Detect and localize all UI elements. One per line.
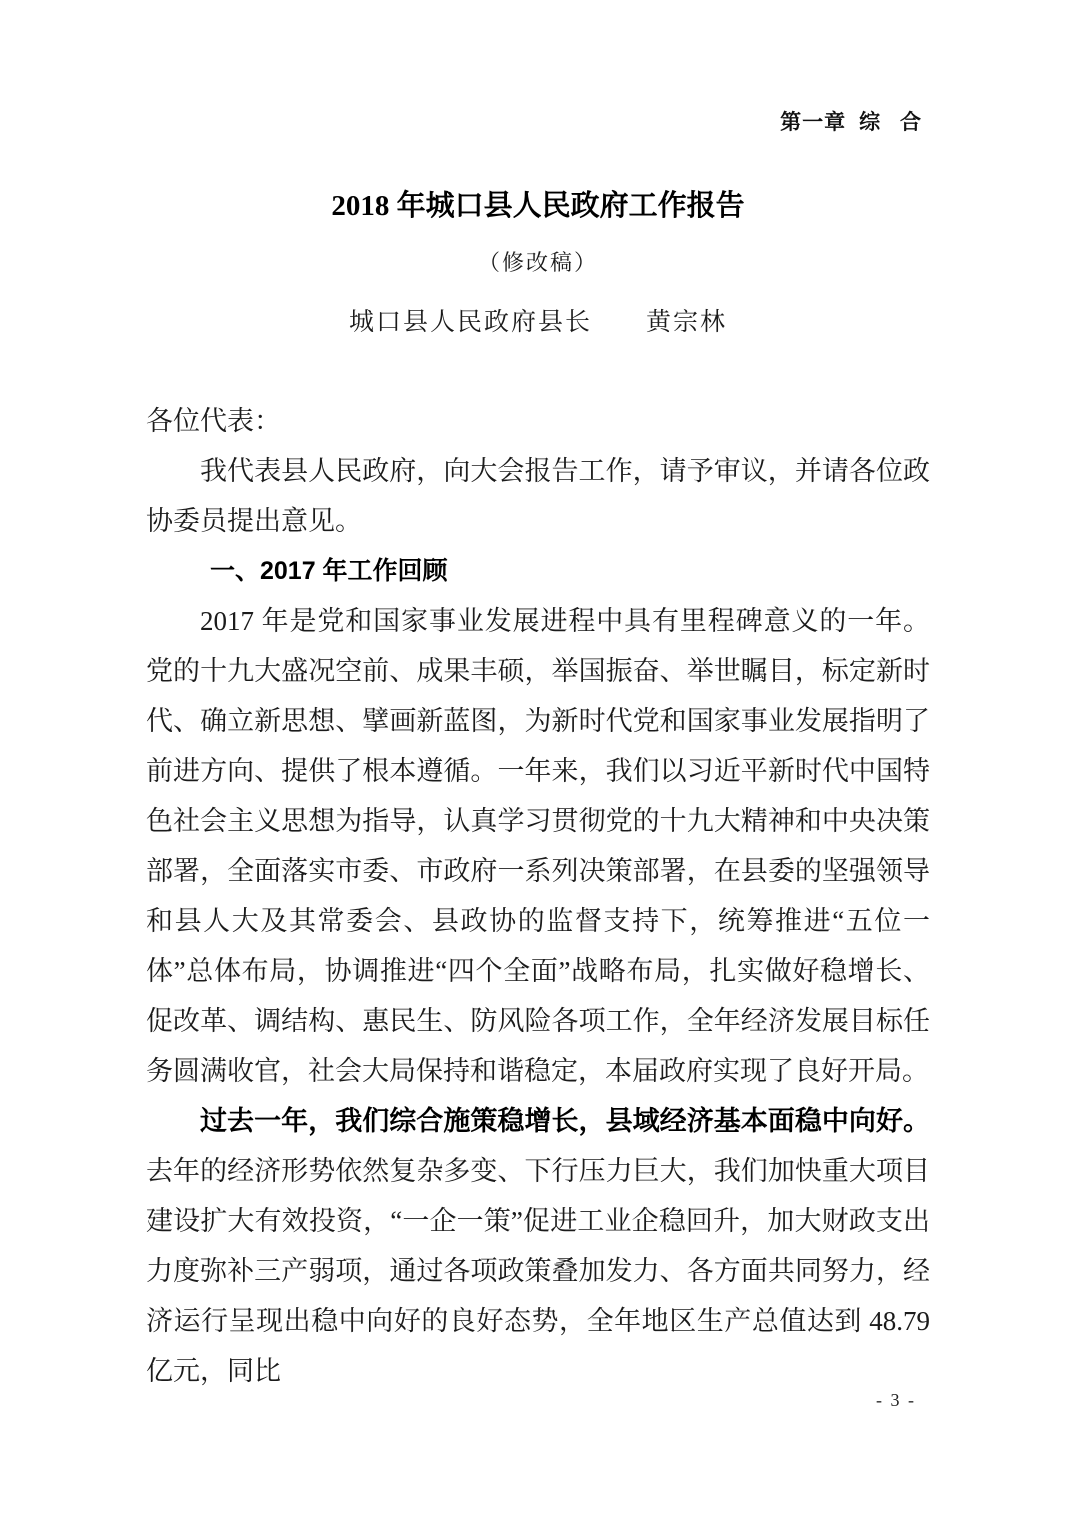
salutation: 各位代表： xyxy=(146,396,930,446)
paragraph-economy: 过去一年，我们综合施策稳增长，县域经济基本面稳中向好。去年的经济形势依然复杂多变… xyxy=(146,1096,930,1396)
report-body: 各位代表： 我代表县人民政府，向大会报告工作，请予审议，并请各位政协委员提出意见… xyxy=(146,396,930,1396)
paragraph-2017-review: 2017 年是党和国家事业发展进程中具有里程碑意义的一年。党的十九大盛况空前、成… xyxy=(146,596,930,1096)
report-author: 城口县人民政府县长 黄宗林 xyxy=(146,302,930,338)
section-1-heading: 一、2017 年工作回顾 xyxy=(146,546,930,596)
page-number: - 3 - xyxy=(876,1390,916,1411)
paragraph-economy-lead: 过去一年，我们综合施策稳增长，县域经济基本面稳中向好。 xyxy=(200,1106,930,1136)
intro-paragraph: 我代表县人民政府，向大会报告工作，请予审议，并请各位政协委员提出意见。 xyxy=(146,446,930,546)
report-title: 2018 年城口县人民政府工作报告 xyxy=(146,188,930,226)
report-content: 2018 年城口县人民政府工作报告 （修改稿） 城口县人民政府县长 黄宗林 各位… xyxy=(146,0,930,1396)
report-subtitle: （修改稿） xyxy=(146,246,930,277)
document-page: 第一章综 合 2018 年城口县人民政府工作报告 （修改稿） 城口县人民政府县长… xyxy=(0,0,1074,1520)
paragraph-economy-rest: 去年的经济形势依然复杂多变、下行压力巨大，我们加快重大项目建设扩大有效投资，“一… xyxy=(146,1156,930,1386)
